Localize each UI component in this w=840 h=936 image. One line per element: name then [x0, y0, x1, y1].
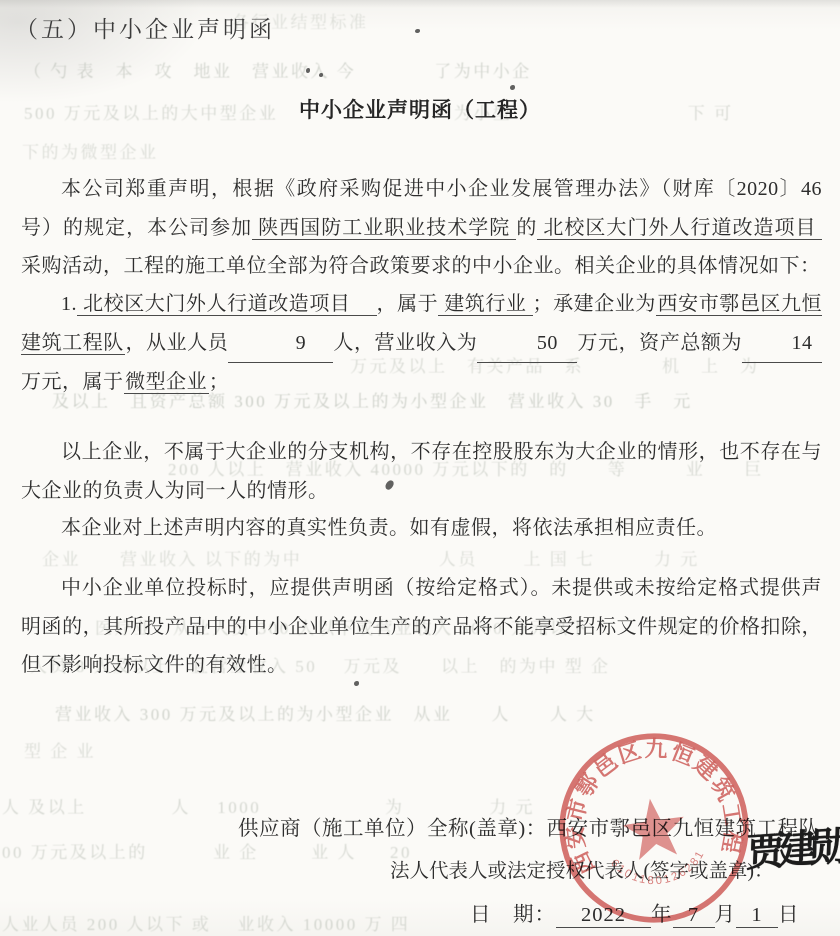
bleedthrough-text: 人业人员 200 人以下 或 业收入 10000 万 四 [2, 910, 488, 935]
text-segment: 万元，属于 [21, 371, 124, 393]
seal-serial-number: 6101180126281 [607, 845, 711, 894]
text-segment: ；承建企业为 [533, 293, 656, 315]
underlined-field: 北校区大门外人行道改造项目 [537, 217, 822, 240]
enterprise-item: 1.北校区大门外人行道改造项目，属于建筑行业；承建企业为西安市鄠邑区九恒建筑工程… [21, 285, 822, 402]
underlined-field: 50 [477, 324, 577, 364]
underlined-field: 北校区大门外人行道改造项目 [77, 293, 377, 316]
ink-speck [415, 29, 420, 33]
bleedthrough-text: （ 勺 表 本 攻 地业 营业收入 今 了为中小企 [24, 57, 668, 82]
bleedthrough-text: 营业收入 300 万元及以上的为小型企业 从业 人 人 大 [55, 700, 681, 725]
seal-star-icon [619, 794, 689, 861]
text-segment: 采购活动，工程的施工单位全部为符合政策要求的中小企业。相关企业的具体情况如下： [21, 255, 821, 277]
svg-text:6101180126281: 6101180126281 [607, 845, 711, 894]
text-segment: 日 期： [470, 904, 556, 926]
bleedthrough-text: 型 企 业 [24, 737, 96, 762]
text-segment: 人，营业收入为 [333, 332, 477, 354]
responsibility-paragraph: 本企业对上述声明内容的真实性负责。如有虚假，将依法承担相应责任。 [21, 509, 822, 548]
text-segment: 万元，资产总额为 [577, 332, 742, 354]
scanned-declaration-page: 各行业结型标准（ 勺 表 本 攻 地业 营业收入 今 了为中小企 500 万元及… [0, 0, 840, 936]
underlined-field: 微型企业 [124, 371, 209, 394]
bleedthrough-text: 企业 营业收入 以下的为中 人员 上 国 七 力 元 [42, 545, 700, 570]
underlined-field: 9 [228, 324, 333, 364]
text-segment: ，从业人员 [125, 332, 228, 354]
text-segment: 的 [516, 217, 537, 239]
underlined-field: 14 [742, 324, 822, 364]
format-notice-paragraph: 中小企业单位投标时，应提供声明函（按给定格式）。未提供或未按给定格式提供声明函的… [21, 569, 822, 685]
no-affiliation-paragraph: 以上企业，不属于大企业的分支机构，不存在控股股东为大企业的情形，也不存在与大企业… [21, 433, 822, 510]
text-segment: ，属于 [377, 293, 439, 315]
section-heading: （五）中小企业声明函 [15, 11, 275, 44]
bleedthrough-text: 00 万元及以上的 业 企 业 人 20 [2, 838, 432, 863]
declaration-paragraph: 本公司郑重声明，根据《政府采购促进中小企业发展管理办法》（财库〔2020〕46 … [21, 170, 822, 286]
text-segment: ； [209, 371, 230, 393]
text-segment: 日 [778, 904, 800, 926]
underlined-field: 建筑行业 [438, 293, 532, 316]
text-segment: 1. [61, 293, 77, 315]
ink-speck [354, 681, 359, 686]
ink-speck [510, 85, 515, 90]
underlined-field: 陕西国防工业职业技术学院 [252, 217, 516, 240]
supplier-label: 供应商（施工单位）全称(盖章)： [238, 818, 547, 840]
bleedthrough-text: 下的为微型企业 [22, 138, 159, 163]
ink-speck [306, 68, 310, 73]
company-seal-stamp: 西安市鄠邑区九恒建筑工程队 6101180126281 [539, 713, 769, 936]
document-title: 中小企业声明函（工程） [0, 94, 840, 124]
ink-speck [319, 73, 323, 77]
